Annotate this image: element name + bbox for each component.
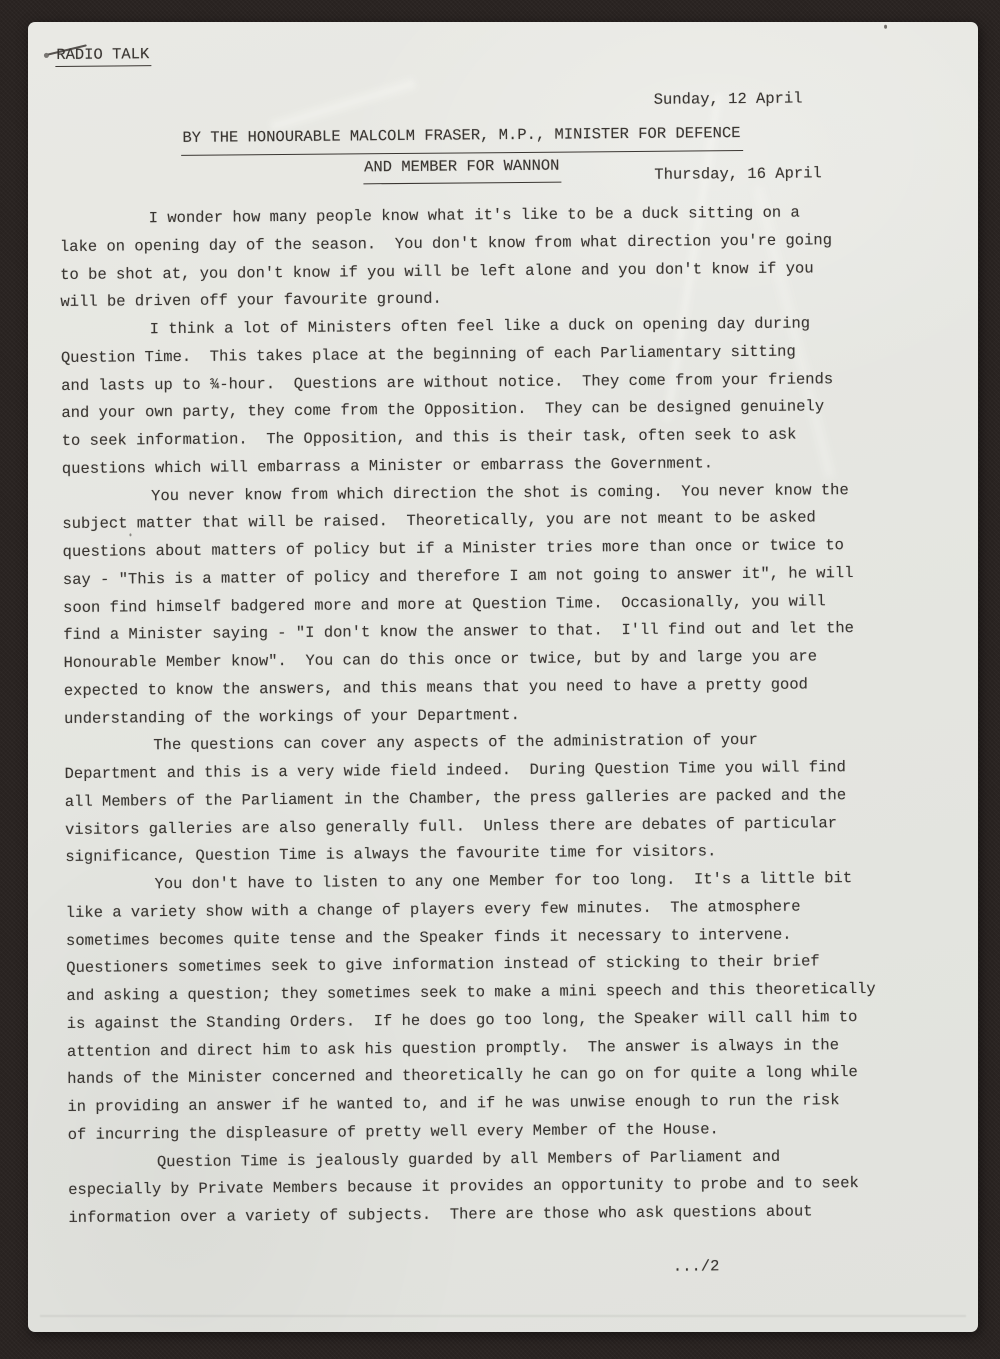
document-type-label: RADIO TALK bbox=[55, 45, 151, 67]
text-line: information over a variety of subjects. … bbox=[68, 1198, 898, 1233]
paragraph: The questions can cover any aspects of t… bbox=[64, 726, 895, 872]
paragraph: I think a lot of Ministers often feel li… bbox=[61, 310, 892, 484]
document-title: BY THE HONOURABLE MALCOLM FRASER, M.P., … bbox=[56, 119, 869, 187]
scanner-backdrop: { "document": { "header_left": "RADIO TA… bbox=[0, 0, 1000, 1359]
paragraph: I wonder how many people know what it's … bbox=[60, 199, 891, 317]
scanned-page: RADIO TALK Sunday, 12 April Thursday, 16… bbox=[28, 22, 978, 1332]
document-type-heading: RADIO TALK bbox=[55, 45, 151, 67]
typed-content: RADIO TALK Sunday, 12 April Thursday, 16… bbox=[28, 14, 989, 1332]
page-continuation-marker: .../2 bbox=[673, 1253, 720, 1280]
broadcast-date-line: Sunday, 12 April bbox=[654, 86, 822, 112]
ink-speck bbox=[884, 25, 887, 29]
paragraph: You don't have to listen to any one Memb… bbox=[65, 865, 897, 1150]
paragraph: Question Time is jealously guarded by al… bbox=[68, 1142, 899, 1232]
document-body: I wonder how many people know what it's … bbox=[60, 199, 899, 1233]
paragraph: You never know from which direction the … bbox=[62, 476, 894, 733]
